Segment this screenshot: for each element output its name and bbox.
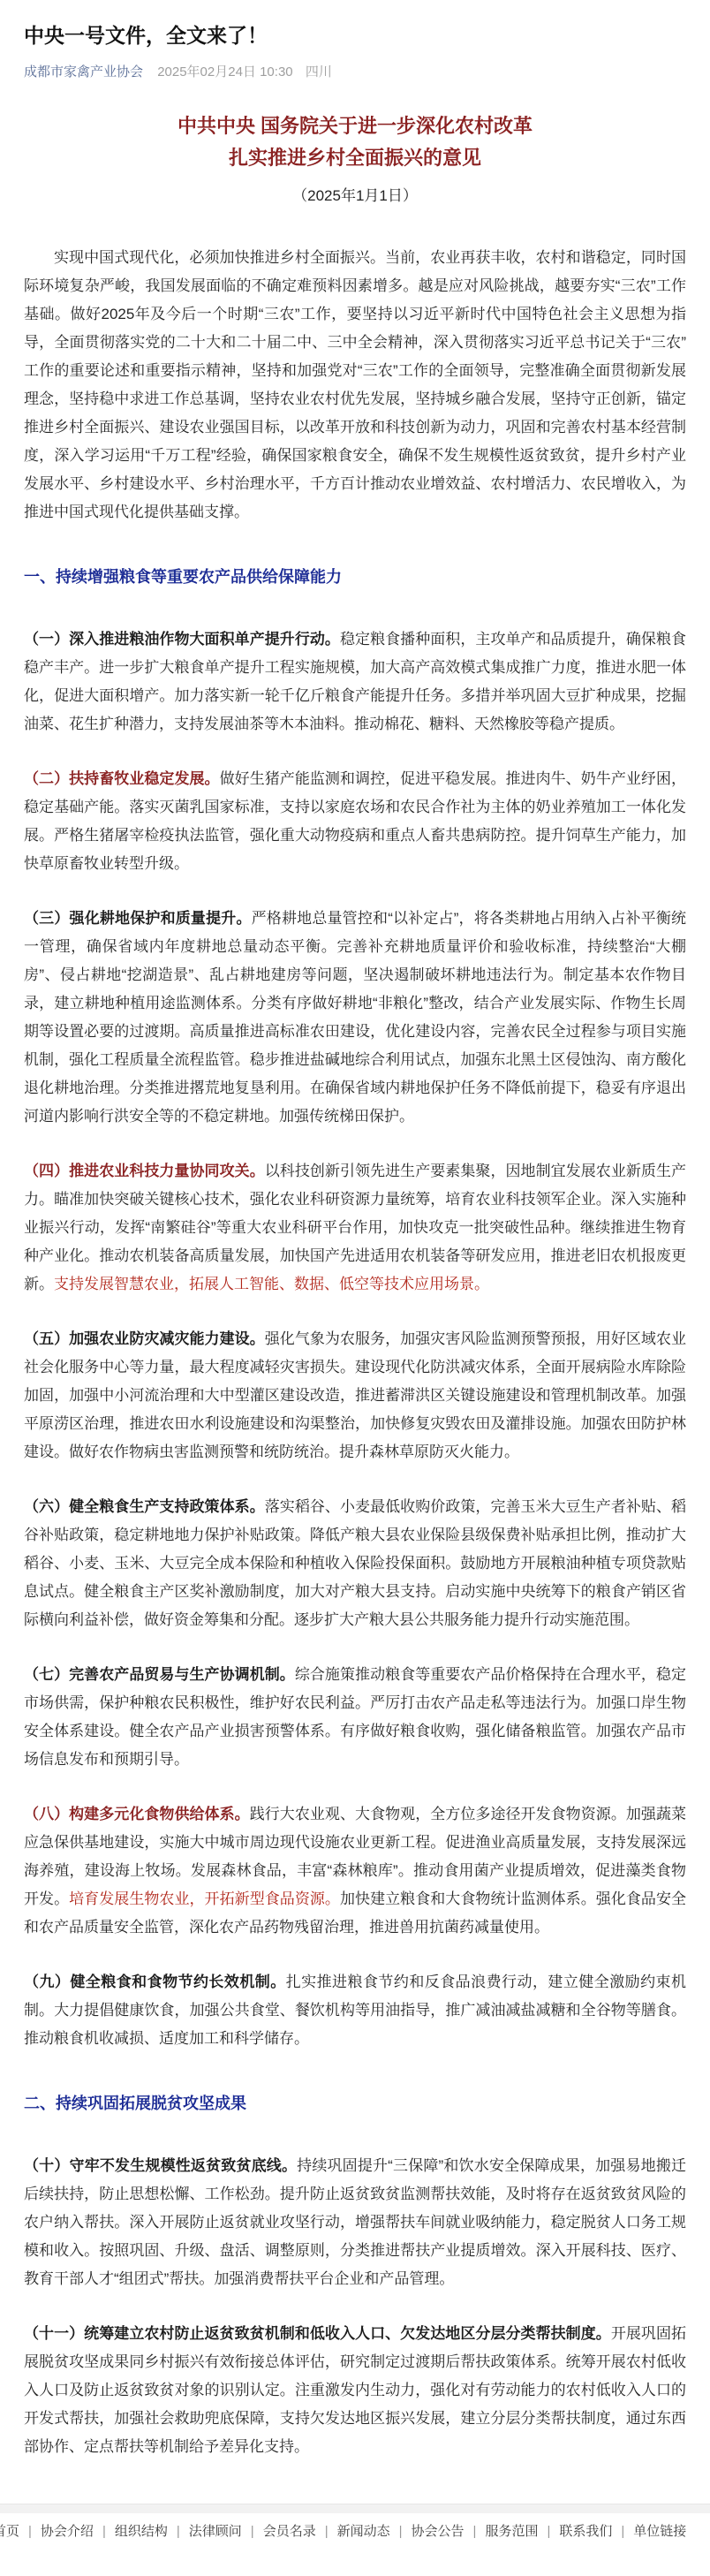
publish-date: 2025年02月24日 10:30 <box>157 64 292 80</box>
article-page: { "page": { "title": "中央一号文件，全文来了！", "me… <box>0 0 710 2576</box>
footer-link[interactable]: 服务范围 <box>476 2524 547 2539</box>
document-sections: 一、持续增强粮食等重要农产品供给保障能力（一）深入推进粮油作物大面积单产提升行动… <box>24 565 686 2461</box>
article-body: 中央一号文件，全文来了！ 成都市家禽产业协会 2025年02月24日 10:30… <box>0 21 710 2461</box>
footer-link[interactable]: 联系我们 <box>550 2524 621 2539</box>
text-run-text: 以科技创新引领先进生产要素集聚，因地制宜发展农业新质生产力。瞄准加快突破关键核心… <box>24 1163 686 1292</box>
paragraph: （四）推进农业科技力量协同攻关。以科技创新引领先进生产要素集聚，因地制宜发展农业… <box>24 1157 686 1299</box>
paragraph: （十）守牢不发生规模性返贫致贫底线。持续巩固提升“三保障”和饮水安全保障成果，加… <box>24 2152 686 2293</box>
footer-divider <box>0 2504 710 2513</box>
text-run-red: 支持发展智慧农业，拓展人工智能、数据、低空等技术应用场景。 <box>54 1276 489 1292</box>
text-run-red: 培育发展生物农业，开拓新型食品资源。 <box>69 1890 340 1907</box>
footer-link[interactable]: 协会公告 <box>403 2524 473 2539</box>
paragraph: （十一）统筹建立农村防止返贫致贫机制和低收入人口、欠发达地区分层分类帮扶制度。开… <box>24 2320 686 2461</box>
text-run-lead: （九）健全粮食和食物节约长效机制。 <box>24 1974 286 1990</box>
document-title-line2: 扎实推进乡村全面振兴的意见 <box>24 142 686 174</box>
page-title: 中央一号文件，全文来了！ <box>24 21 686 49</box>
site-footer: 首页|协会介绍|组织结构|法律顾问|会员名录|新闻动态|协会公告|服务范围|联系… <box>0 2504 710 2550</box>
paragraph: （二）扶持畜牧业稳定发展。做好生猪产能监测和调控，促进平稳发展。推进肉牛、奶牛产… <box>24 765 686 878</box>
document-title-line1: 中共中央 国务院关于进一步深化农村改革 <box>24 110 686 142</box>
text-run-lead-red: （八）构建多元化食物供给体系。 <box>24 1806 250 1822</box>
footer-link[interactable]: 首页 <box>0 2524 28 2539</box>
text-run-text: 严格耕地总量管控和“以补定占”，将各类耕地占用纳入占补平衡统一管理，确保省域内年… <box>24 910 686 1125</box>
account-name[interactable]: 成都市家禽产业协会 <box>24 64 143 80</box>
paragraph: （五）加强农业防灾减灾能力建设。强化气象为农服务，加强灾害风险监测预警预报，用好… <box>24 1325 686 1466</box>
text-run-lead: （三）强化耕地保护和质量提升。 <box>24 910 252 927</box>
paragraph: （三）强化耕地保护和质量提升。严格耕地总量管控和“以补定占”，将各类耕地占用纳入… <box>24 905 686 1131</box>
paragraph: （七）完善农产品贸易与生产协调机制。综合施策推动粮食等重要农产品价格保持在合理水… <box>24 1661 686 1774</box>
footer-nav: 首页|协会介绍|组织结构|法律顾问|会员名录|新闻动态|协会公告|服务范围|联系… <box>0 2513 710 2550</box>
text-run-lead: （六）健全粮食生产支持政策体系。 <box>24 1498 265 1515</box>
footer-separator: | <box>399 2524 403 2539</box>
footer-link[interactable]: 单位链接 <box>624 2524 695 2539</box>
paragraph: （九）健全粮食和食物节约长效机制。扎实推进粮食节约和反食品浪费行动，建立健全激励… <box>24 1968 686 2053</box>
footer-link[interactable]: 组织结构 <box>106 2524 177 2539</box>
text-run-text: 持续巩固提升“三保障”和饮水安全保障成果，加强易地搬迁后续扶持，防止思想松懈、工… <box>24 2157 686 2287</box>
publish-region: 四川 <box>306 64 332 80</box>
footer-link[interactable]: 协会介绍 <box>32 2524 102 2539</box>
text-run-lead: （十）守牢不发生规模性返贫致贫底线。 <box>24 2157 297 2174</box>
text-run-text: 强化气象为农服务，加强灾害风险监测预警预报，用好区域农业社会化服务中心等力量，最… <box>24 1330 686 1460</box>
paragraph: （六）健全粮食生产支持政策体系。落实稻谷、小麦最低收购价政策，完善玉米大豆生产者… <box>24 1493 686 1634</box>
text-run-text: 落实稻谷、小麦最低收购价政策，完善玉米大豆生产者补贴、稻谷补贴政策，稳定耕地地力… <box>24 1498 686 1628</box>
paragraph: （一）深入推进粮油作物大面积单产提升行动。稳定粮食播种面积，主攻单产和品质提升，… <box>24 625 686 739</box>
article-meta: 成都市家禽产业协会 2025年02月24日 10:30 四川 <box>24 62 686 80</box>
footer-link[interactable]: 会员名录 <box>254 2524 325 2539</box>
section-heading: 一、持续增强粮食等重要农产品供给保障能力 <box>24 565 686 588</box>
text-run-text: 开展巩固拓展脱贫攻坚成果同乡村振兴有效衔接总体评估，研究制定过渡期后帮扶政策体系… <box>24 2325 686 2455</box>
text-run-lead: （一）深入推进粮油作物大面积单产提升行动。 <box>24 631 340 648</box>
document-title: 中共中央 国务院关于进一步深化农村改革 扎实推进乡村全面振兴的意见 <box>24 110 686 174</box>
footer-link[interactable]: 新闻动态 <box>329 2524 399 2539</box>
document-date: （2025年1月1日） <box>24 183 686 205</box>
text-run-lead: （五）加强农业防灾减灾能力建设。 <box>24 1330 265 1347</box>
section-heading: 二、持续巩固拓展脱贫攻坚成果 <box>24 2092 686 2115</box>
text-run-lead: （十一）统筹建立农村防止返贫致贫机制和低收入人口、欠发达地区分层分类帮扶制度。 <box>24 2325 611 2342</box>
paragraph: （八）构建多元化食物供给体系。践行大农业观、大食物观，全方位多途径开发食物资源。… <box>24 1800 686 1942</box>
text-run-lead-red: （四）推进农业科技力量协同攻关。 <box>24 1163 265 1179</box>
intro-paragraph: 实现中国式现代化，必须加快推进乡村全面振兴。当前，农业再获丰收，农村和谐稳定，同… <box>24 244 686 527</box>
text-run-lead-red: （二）扶持畜牧业稳定发展。 <box>24 770 220 787</box>
footer-link[interactable]: 法律顾问 <box>180 2524 251 2539</box>
text-run-lead: （七）完善农产品贸易与生产协调机制。 <box>24 1666 295 1683</box>
